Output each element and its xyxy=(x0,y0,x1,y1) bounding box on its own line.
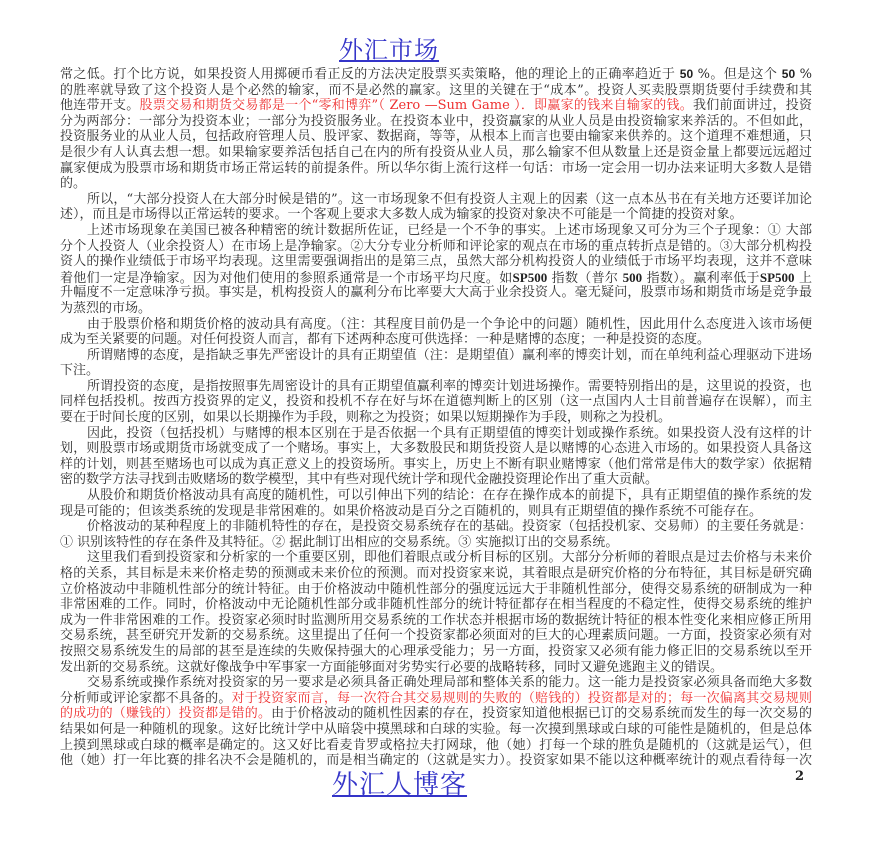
paragraph: 所谓赌博的态度，是指缺乏事先严密设计的具有正期望值（注：是期望值）赢利率的博奕计… xyxy=(60,348,812,379)
paragraph: 所谓投资的态度，是指按照事先周密设计的具有正期望值赢利率的博奕计划进场操作。需要… xyxy=(60,379,812,426)
text-line: 资人的操作业绩低于市场平均表现。这里需要强调指出的是第三点，虽然大部分机构投资人… xyxy=(60,254,812,270)
text-line: 由于股票价格和期货价格的波动具有高度。（注：其程度目前仍是一个争论中的问题）随机… xyxy=(60,317,812,333)
text-line: 价格波动的某种程度上的非随机特性的存在，是投资交易系统存在的基础。投资家（包括投… xyxy=(60,519,812,535)
text-line: 结果如何是一种随机的现象。这好比统计学中从暗袋中摸黑球和白球的实验。每一次摸到黑… xyxy=(60,722,812,738)
text-line: 所谓赌博的态度，是指缺乏事先严密设计的具有正期望值（注：是期望值）赢利率的博奕计… xyxy=(60,348,812,364)
document-page: 外汇市场 常之低。打个比方说，如果投资人用掷硬币看正反的方法决定股票买卖策略，他… xyxy=(0,0,870,842)
index-name: SP500 xyxy=(513,270,548,285)
text-line: 要在于时间长度的区别，如果以长期操作为手段，则称之为投资；如果以短期操作为手段，… xyxy=(60,410,812,426)
text-line: 交易系统，甚至研究开发新的交易系统。这里提出了任何一个投资家都必须面对的巨大的心… xyxy=(60,628,812,644)
text-line: 立价格波动中非随机性部分的统计特征。由于价格波动中随机性部分的强度远远大于非随机… xyxy=(60,582,812,598)
text-line: 投资服务业的从业人员，包括政府管理人员、股评家、数据商，等等，从根本上而言也要由… xyxy=(60,129,812,145)
paragraph: 这里我们看到投资家和分析家的一个重要区别，即他们着眼点或分析目标的区别。大部分分… xyxy=(60,550,812,675)
paragraph: 由于股票价格和期货价格的波动具有高度。（注：其程度目前仍是一个争论中的问题）随机… xyxy=(60,317,812,348)
text-line: 格的关系，其目标是未来价格走势的预测或未来价位的预测。而对投资家来说，其着眼点是… xyxy=(60,566,812,582)
page-number: 2 xyxy=(795,769,804,784)
text-line: 他连带开支。股票交易和期货交易都是一个“零和博弈”（ Zero —Sum Gam… xyxy=(60,98,812,114)
highlighted-text: 的成功的（赚钱的）投资都是错的。 xyxy=(60,706,271,721)
document-body: 常之低。打个比方说，如果投资人用掷硬币看正反的方法决定股票买卖策略，他的理论上的… xyxy=(60,67,812,769)
text-line: 同样包括投机。按西方投资界的定义，投资和投机不存在好与坏在道德判断上的区别（这一… xyxy=(60,394,812,410)
text-segment: 上 xyxy=(795,271,812,286)
highlighted-text: 股票交易和期货交易都是一个“零和博弈”（ Zero —Sum Game ）．即赢… xyxy=(139,98,693,113)
text-segment: 指数（普尔 xyxy=(547,271,622,286)
text-line: 所以，“大部分投资人在大部分时候是错的”。这一市场现象不但有投资人主观上的因素（… xyxy=(60,192,812,208)
paragraph: 价格波动的某种程度上的非随机特性的存在，是投资交易系统存在的基础。投资家（包括投… xyxy=(60,519,812,550)
index-name: SP500 xyxy=(760,270,795,285)
text-line: 着他们一定是净输家。因为对他们使用的参照系通常是一个市场平均尺度。如SP500 … xyxy=(60,270,812,286)
text-segment: 我们前面讲过，投资 xyxy=(693,98,812,113)
text-line: 非常困难的工作。同时，价格波动中无论随机性部分或非随机性部分的统计特征都存在相当… xyxy=(60,597,812,613)
paragraph: 上述市场现象在美国已被各种精密的统计数据所佐证，已经是一个不争的事实。上述市场现… xyxy=(60,223,812,317)
header-title-link[interactable]: 外汇市场 xyxy=(339,37,439,64)
text-segment: %。但是这个 xyxy=(693,67,782,82)
text-segment: 着他们一定是净输家。因为对他们使用的参照系通常是一个市场平均尺度。如 xyxy=(60,271,513,286)
text-line: 现是可能的；但该类系统的发现是非常困难的。如果价格波动是百分之百随机的，则具有正… xyxy=(60,504,812,520)
text-line: 的。 xyxy=(60,176,812,192)
text-line: 从股价和期货价格波动具有高度的随机性，可以引伸出下列的结论：在存在操作成本的前提… xyxy=(60,488,812,504)
text-segment: 由于价格波动的随机性因素的存在，投资家知道他根据已订的交易系统而发生的每一次交易… xyxy=(271,706,812,721)
text-line: 他（她）打一年比赛的排名决不会是随机的，而是相当确定的（这就是实力）。投资家如果… xyxy=(60,753,812,769)
text-line: 上摸到黑球或白球的概率是确定的。这又好比看麦肯罗或格拉夫打网球，他（她）打每一个… xyxy=(60,738,812,754)
text-line: 分析师或评论家都不具备的。对于投资家而言，每一次符合其交易规则的失败的（赔钱的）… xyxy=(60,691,812,707)
text-segment: 他连带开支。 xyxy=(60,98,139,113)
text-line: 为蒸烈的市场。 xyxy=(60,301,812,317)
text-line: 这里我们看到投资家和分析家的一个重要区别，即他们着眼点或分析目标的区别。大部分分… xyxy=(60,550,812,566)
text-line: ① 识别该特性的存在条件及其特征。② 据此制订出相应的交易系统。③ 实施拟订出的… xyxy=(60,535,812,551)
text-line: 分为两部分：一部分为投资本业；一部分为投资服务业。在投资本业中，投资赢家的从业人… xyxy=(60,114,812,130)
text-line: 因此，投资（包括投机）与赌博的根本区别在于是否依据一个具有正期望值的博奕计划或操… xyxy=(60,426,812,442)
text-segment: 分析师或评论家都不具备的。 xyxy=(60,691,232,706)
text-line: 升幅度不一定意味净亏损。事实是，机构投资人的赢利分布比率要大大高于业余投资人。毫… xyxy=(60,285,812,301)
paragraph: 交易系统或操作系统对投资家的另一要求是必须具备正确处理局部和整体关系的能力。这一… xyxy=(60,675,812,769)
text-line: 成为至关紧要的问题。对任何投资人而言，都有下述两种态度可供选择：一种是赌博的态度… xyxy=(60,332,812,348)
highlighted-text: 对于投资家而言，每一次符合其交易规则的失败的（赔钱的）投资都是对的；每一次偏离其… xyxy=(232,691,812,706)
text-line: 的成功的（赚钱的）投资都是错的。由于价格波动的随机性因素的存在，投资家知道他根据… xyxy=(60,706,812,722)
text-segment: 常之低。打个比方说，如果投资人用掷硬币看正反的方法决定股票买卖策略，他的理论上的… xyxy=(60,67,680,82)
text-segment: % xyxy=(795,67,812,82)
text-line: 所谓投资的态度，是指按照事先周密设计的具有正期望值赢利率的博奕计划进场操作。需要… xyxy=(60,379,812,395)
paragraph: 所以，“大部分投资人在大部分时候是错的”。这一市场现象不但有投资人主观上的因素（… xyxy=(60,192,812,223)
paragraph: 因此，投资（包括投机）与赌博的根本区别在于是否依据一个具有正期望值的博奕计划或操… xyxy=(60,426,812,488)
text-line: 的胜率就导致了这个投资人是个必然的输家，而不是必然的赢家。这里的关键在于“成本”… xyxy=(60,83,812,99)
paragraph: 从股价和期货价格波动具有高度的随机性，可以引伸出下列的结论：在存在操作成本的前提… xyxy=(60,488,812,519)
text-line: 密的数学方法寻找到击败赌场的数学模型，其中有些对现代统计学和现代金融投资理论作出… xyxy=(60,472,812,488)
text-segment: 指数）。赢利率低于 xyxy=(642,271,760,286)
text-line: 是很少有人认真去想一想。如果输家要养活包括自己在内的所有投资从业人员，那么输家不… xyxy=(60,145,812,161)
text-line: 上述市场现象在美国已被各种精密的统计数据所佐证，已经是一个不争的事实。上述市场现… xyxy=(60,223,812,239)
text-line: 常之低。打个比方说，如果投资人用掷硬币看正反的方法决定股票买卖策略，他的理论上的… xyxy=(60,67,812,83)
bold-number: 500 xyxy=(623,270,643,285)
bold-number: 50 xyxy=(680,67,693,81)
footer-blog-link[interactable]: 外汇人博客 xyxy=(332,770,467,800)
text-line: 下注。 xyxy=(60,363,812,379)
paragraph: 常之低。打个比方说，如果投资人用掷硬币看正反的方法决定股票买卖策略，他的理论上的… xyxy=(60,67,812,192)
text-line: 述），而且是市场得以正常运转的要求。一个客观上要求大多数人成为输家的投资对象决不… xyxy=(60,207,812,223)
text-line: 分个人投资人（业余投资人）在市场上是净输家。②大分专业分析师和评论家的观点在市场… xyxy=(60,239,812,255)
text-line: 赢家便成为股票市场和期货市场正常运转的前提条件。所以华尔街上流行这样一句话：市场… xyxy=(60,161,812,177)
text-line: 样的计划，则甚至赌场也可以成为真正意义上的投资场所。事实上，历史上不断有职业赌博… xyxy=(60,457,812,473)
bold-number: 50 xyxy=(782,67,795,81)
text-line: 成为一件非常困难的工作。投资家必须时时监测所用交易系统的工作状态并根据市场的数据… xyxy=(60,613,812,629)
text-line: 按照交易系统发生的局部的甚至是连续的失败保持强大的心理承受能力；另一方面，投资家… xyxy=(60,644,812,660)
text-line: 交易系统或操作系统对投资家的另一要求是必须具备正确处理局部和整体关系的能力。这一… xyxy=(60,675,812,691)
text-line: 发出新的交易系统。这就好像战争中军事家一方面能够面对劣势实行必要的战略转移，同时… xyxy=(60,660,812,676)
text-line: 划，则股票市场或期货市场就变成了一个赌场。事实上，大多数股民和期货投资人是以赌博… xyxy=(60,441,812,457)
